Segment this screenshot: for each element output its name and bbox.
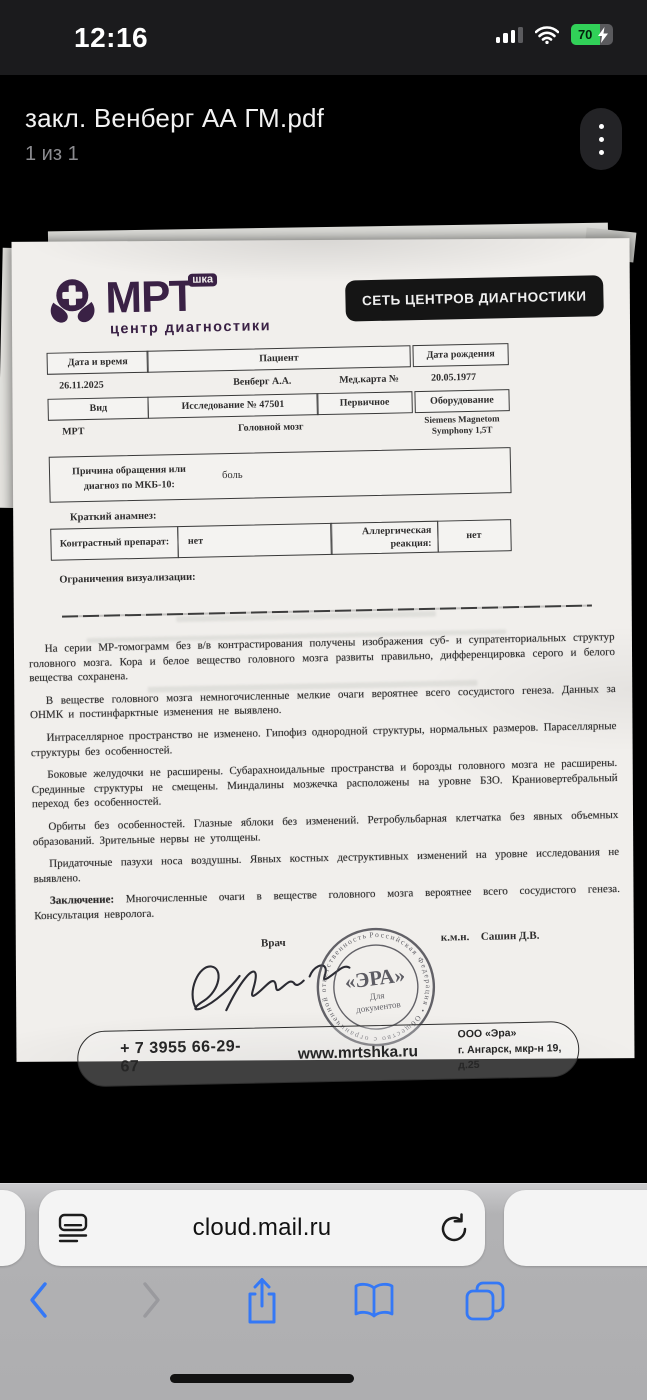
birthdate-header: Дата рождения bbox=[413, 343, 509, 367]
charging-bolt-icon bbox=[597, 27, 609, 43]
reload-icon[interactable] bbox=[437, 1212, 471, 1246]
report-paragraph: Интраселлярное пространство не изменено.… bbox=[30, 719, 616, 760]
screen: 12:16 70 закл. Венберг АА ГМ.pdf 1 из 1 bbox=[0, 0, 647, 1400]
wifi-icon bbox=[535, 26, 559, 44]
datetime-header: Дата и время bbox=[47, 350, 149, 374]
back-button[interactable] bbox=[27, 1279, 51, 1321]
logo-badge: шка bbox=[188, 273, 217, 287]
tabs-button[interactable] bbox=[463, 1279, 507, 1323]
logo-brand: МРТ bbox=[105, 272, 195, 323]
allergy-value: нет bbox=[437, 519, 512, 553]
next-tab-peek[interactable] bbox=[504, 1190, 647, 1266]
patient-info-table: Дата и время Пациент Дата рождения 26.11… bbox=[47, 343, 511, 453]
clinic-logo: МРТшка центр диагностики bbox=[45, 272, 271, 338]
battery-icon: 70 bbox=[571, 24, 613, 45]
equipment-header: Оборудование bbox=[414, 389, 510, 413]
network-banner: СЕТЬ ЦЕНТРОВ ДИАГНОСТИКИ bbox=[345, 275, 604, 321]
stamp-line2: документов bbox=[356, 999, 402, 1015]
report-paragraph: Орбиты без особенностей. Глазные яблоки … bbox=[32, 808, 618, 849]
url-text[interactable]: cloud.mail.ru bbox=[39, 1190, 485, 1266]
reason-value: боль bbox=[222, 470, 243, 481]
datetime-value: 26.11.2025 bbox=[59, 379, 104, 391]
doctor-name: Сашин Д.В. bbox=[481, 929, 540, 942]
type-header: Вид bbox=[47, 396, 149, 420]
bookmarks-button[interactable] bbox=[351, 1279, 397, 1321]
contrast-row: Контрастный препарат: нет Аллергическая … bbox=[50, 519, 513, 561]
clinic-address: г. Ангарск, мкр-н 19, д.25 bbox=[458, 1040, 579, 1074]
conclusion-text: Многочисленные очаги в веществе головног… bbox=[34, 883, 620, 922]
doctor-label: Врач bbox=[261, 936, 286, 949]
medcard-label: Мед.карта № bbox=[339, 373, 399, 385]
pdf-viewer-header: закл. Венберг АА ГМ.pdf 1 из 1 bbox=[0, 75, 647, 200]
battery-percentage: 70 bbox=[571, 24, 600, 45]
clinic-footer: + 7 3955 66-29-67 www.mrtshka.ru ООО «Эр… bbox=[77, 1020, 580, 1087]
home-indicator[interactable] bbox=[170, 1374, 354, 1383]
logo-tagline: центр диагностики bbox=[110, 319, 271, 337]
previous-tab-peek[interactable] bbox=[0, 1190, 25, 1266]
address-bar[interactable]: cloud.mail.ru bbox=[39, 1190, 485, 1266]
clinic-website: www.mrtshka.ru bbox=[298, 1043, 418, 1064]
clinic-logo-icon bbox=[45, 276, 100, 327]
allergy-label: Аллергическая реакция: bbox=[330, 520, 439, 554]
signature-block: Врач к.м.н. Сашин Д.В. bbox=[33, 921, 625, 1029]
contrast-label: Контрастный препарат: bbox=[50, 526, 179, 561]
more-options-button[interactable] bbox=[580, 108, 622, 170]
document-preview[interactable]: МРТшка центр диагностики СЕТЬ ЦЕНТРОВ ДИ… bbox=[0, 200, 647, 1183]
scanned-page: МРТшка центр диагностики СЕТЬ ЦЕНТРОВ ДИ… bbox=[12, 238, 635, 1062]
patient-value: Венберг А.А. bbox=[233, 375, 291, 387]
reason-label: Причина обращения или диагноз по МКБ-10: bbox=[64, 461, 195, 494]
clock: 12:16 bbox=[74, 22, 148, 54]
birthdate-value: 20.05.1977 bbox=[431, 371, 476, 383]
report-body: На серии МР-томограмм без в/в контрастир… bbox=[29, 630, 621, 924]
type-value: МРТ bbox=[62, 426, 85, 437]
reason-box: Причина обращения или диагноз по МКБ-10:… bbox=[49, 447, 512, 503]
stamp-line1: Для bbox=[369, 990, 385, 1002]
stamp-center-text: «ЭРА» bbox=[343, 962, 406, 993]
page-indicator: 1 из 1 bbox=[25, 143, 79, 166]
share-button[interactable] bbox=[240, 1276, 284, 1328]
equipment-value: Siemens Magnetom Symphony 1,5T bbox=[410, 413, 514, 438]
doctor-degree: к.м.н. bbox=[441, 931, 470, 944]
browser-toolbar: cloud.mail.ru bbox=[0, 1183, 647, 1400]
report-paragraph: Придаточные пазухи носа воздушны. Явных … bbox=[33, 845, 619, 886]
limitations-label: Ограничения визуализации: bbox=[59, 562, 615, 585]
status-bar: 12:16 70 bbox=[0, 0, 647, 75]
conclusion-paragraph: Заключение: Многочисленные очаги в вещес… bbox=[34, 882, 620, 923]
study-value: Головной мозг bbox=[238, 421, 304, 433]
clinic-phone: + 7 3955 66-29-67 bbox=[120, 1037, 252, 1076]
contrast-value: нет bbox=[177, 522, 333, 557]
kebab-menu-icon bbox=[599, 124, 604, 129]
anamnesis-label: Краткий анамнез: bbox=[70, 500, 614, 522]
conclusion-label: Заключение: bbox=[50, 894, 114, 907]
forward-button[interactable] bbox=[139, 1279, 163, 1321]
primary-header: Первичное bbox=[317, 391, 413, 415]
cellular-signal-icon bbox=[496, 26, 523, 43]
file-title: закл. Венберг АА ГМ.pdf bbox=[25, 103, 324, 134]
report-paragraph: Боковые желудочки не расширены. Субарахн… bbox=[31, 756, 618, 812]
